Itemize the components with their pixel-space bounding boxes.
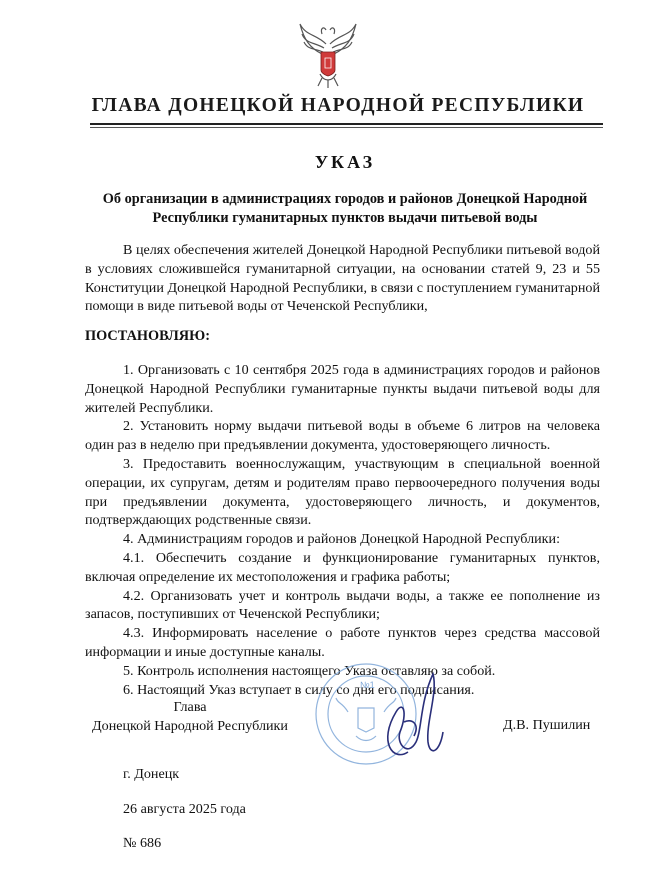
dpr-eagle-icon [298,14,358,92]
preamble-text: В целях обеспечения жителей Донецкой Нар… [85,241,600,316]
header-rule-thick [90,123,603,125]
resolve-heading: ПОСТАНОВЛЯЮ: [85,328,210,345]
decree-item-4-2: 4.2. Организовать учет и контроль выдачи… [85,587,600,625]
decree-items: 1. Организовать с 10 сентября 2025 года … [85,361,600,699]
decree-number: № 686 [123,835,161,852]
decree-item-4: 4. Администрациям городов и районов Доне… [85,530,600,549]
decree-item-2: 2. Установить норму выдачи питьевой воды… [85,417,600,455]
signatory-name: Д.В. Пушилин [503,717,590,734]
decree-item-1: 1. Организовать с 10 сентября 2025 года … [85,361,600,417]
subject-line-1: Об организации в администрациях городов … [95,190,595,209]
decree-date: 26 августа 2025 года [123,801,246,818]
decree-item-4-3: 4.3. Информировать население о работе пу… [85,624,600,662]
decree-item-3: 3. Предоставить военнослужащим, участвую… [85,455,600,530]
official-seal-icon: №1 [308,662,448,772]
coat-of-arms-emblem [298,14,358,92]
signatory-position: Глава Донецкой Народной Республики [85,698,295,736]
position-line-1: Глава [85,698,295,717]
subject-line-2: Республики гуманитарных пунктов выдачи п… [95,209,595,228]
issuer-title: ГЛАВА ДОНЕЦКОЙ НАРОДНОЙ РЕСПУБЛИКИ [88,95,588,117]
position-line-2: Донецкой Народной Республики [85,717,295,736]
stamp-number: №1 [360,680,375,690]
header-rule-thin [90,127,603,128]
place-of-signing: г. Донецк [123,766,179,783]
decree-item-4-1: 4.1. Обеспечить создание и функционирова… [85,549,600,587]
document-type: УКАЗ [0,152,650,173]
decree-subject: Об организации в администрациях городов … [95,190,595,228]
preamble: В целях обеспечения жителей Донецкой Нар… [85,241,600,316]
stamp-and-signature: №1 [308,662,448,772]
